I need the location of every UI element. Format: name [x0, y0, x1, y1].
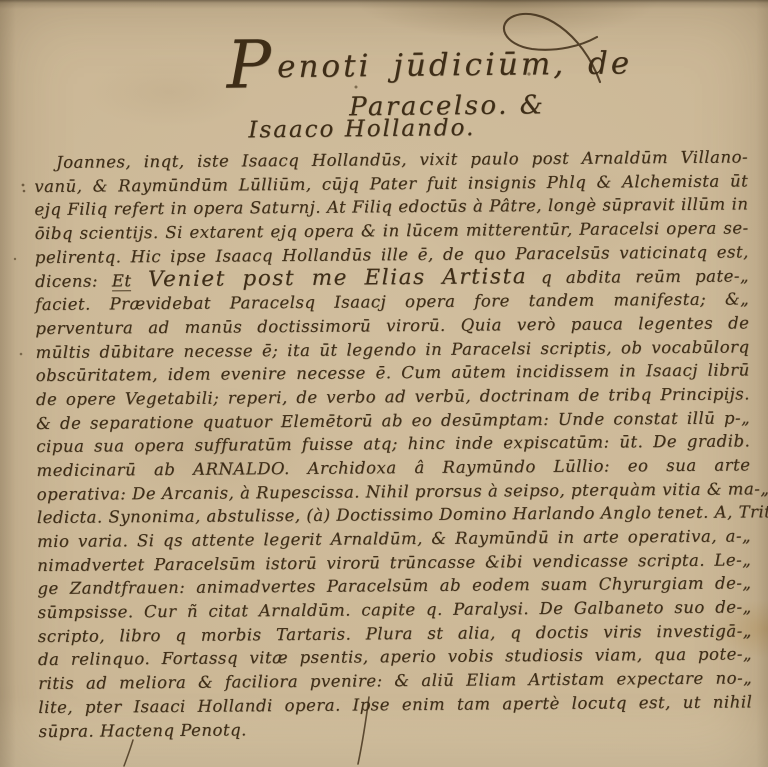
underlined-text: Et [112, 272, 132, 292]
title-line-1: Penoti jūdiciūm, de [227, 45, 633, 85]
manuscript-page: Penoti jūdiciūm, de Paracelso. & Isaaco … [0, 0, 768, 767]
ink-speck [20, 353, 23, 356]
title-initial-capital: P [226, 26, 274, 103]
line-text: q abdita reūm pate-„ [527, 267, 749, 288]
manuscript-line: sūpra. Hactenq Penotq. [38, 714, 752, 743]
title-line-1-text: enoti jūdiciūm, de [277, 45, 632, 85]
line-text: dicens: [35, 272, 112, 292]
ink-speck [355, 86, 358, 89]
manuscript-body: Joannes, inqt, iste Isaacq Hollandūs, vi… [34, 145, 753, 743]
ink-speck [23, 190, 26, 193]
manuscript-title: Penoti jūdiciūm, de Paracelso. & Isaaco … [0, 0, 768, 4]
ink-speck [14, 258, 16, 260]
title-line-3: Isaaco Hollando. [248, 115, 475, 143]
emphasized-text: Veniet post me Elias Artista [131, 265, 527, 293]
pen-stroke [124, 740, 133, 766]
ink-speck [22, 184, 25, 187]
